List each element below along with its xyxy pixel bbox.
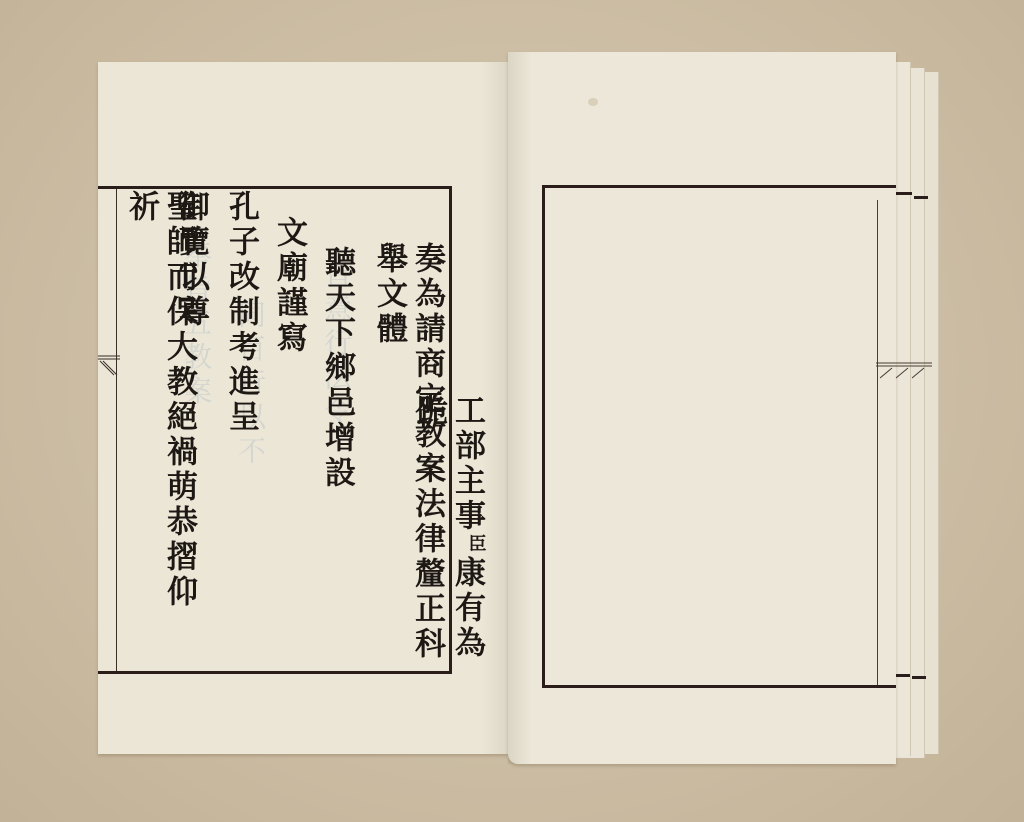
- top-rule-on-stack: [896, 192, 912, 195]
- bottom-rule-on-stack: [912, 676, 926, 679]
- text-column-7: 聖師而保大教絕禍萌恭摺仰祈: [122, 190, 198, 610]
- text-column-3: 聽天下鄉邑增設: [318, 246, 356, 546]
- text-column-4: 文廟謹寫: [270, 216, 308, 416]
- top-rule-on-stack: [914, 196, 928, 199]
- right-inner-rule: [877, 200, 878, 685]
- paper-spot: [588, 98, 598, 106]
- text-column-5: 孔子改制考進呈: [222, 190, 260, 470]
- text-column-2: 奏為請商定教案法律釐正科舉文體: [370, 242, 446, 682]
- left-page-text: 工部主事臣康有為跪 奏為請商定教案法律釐正科舉文體 聽天下鄉邑增設 文廟謹寫 孔…: [112, 186, 452, 674]
- page-stack-1: [896, 62, 911, 756]
- minister-small-char: 臣: [466, 534, 487, 556]
- right-page-border-frame: [542, 185, 896, 688]
- bottom-rule-on-stack: [896, 674, 910, 677]
- fish-tail-mark-right: [876, 360, 932, 382]
